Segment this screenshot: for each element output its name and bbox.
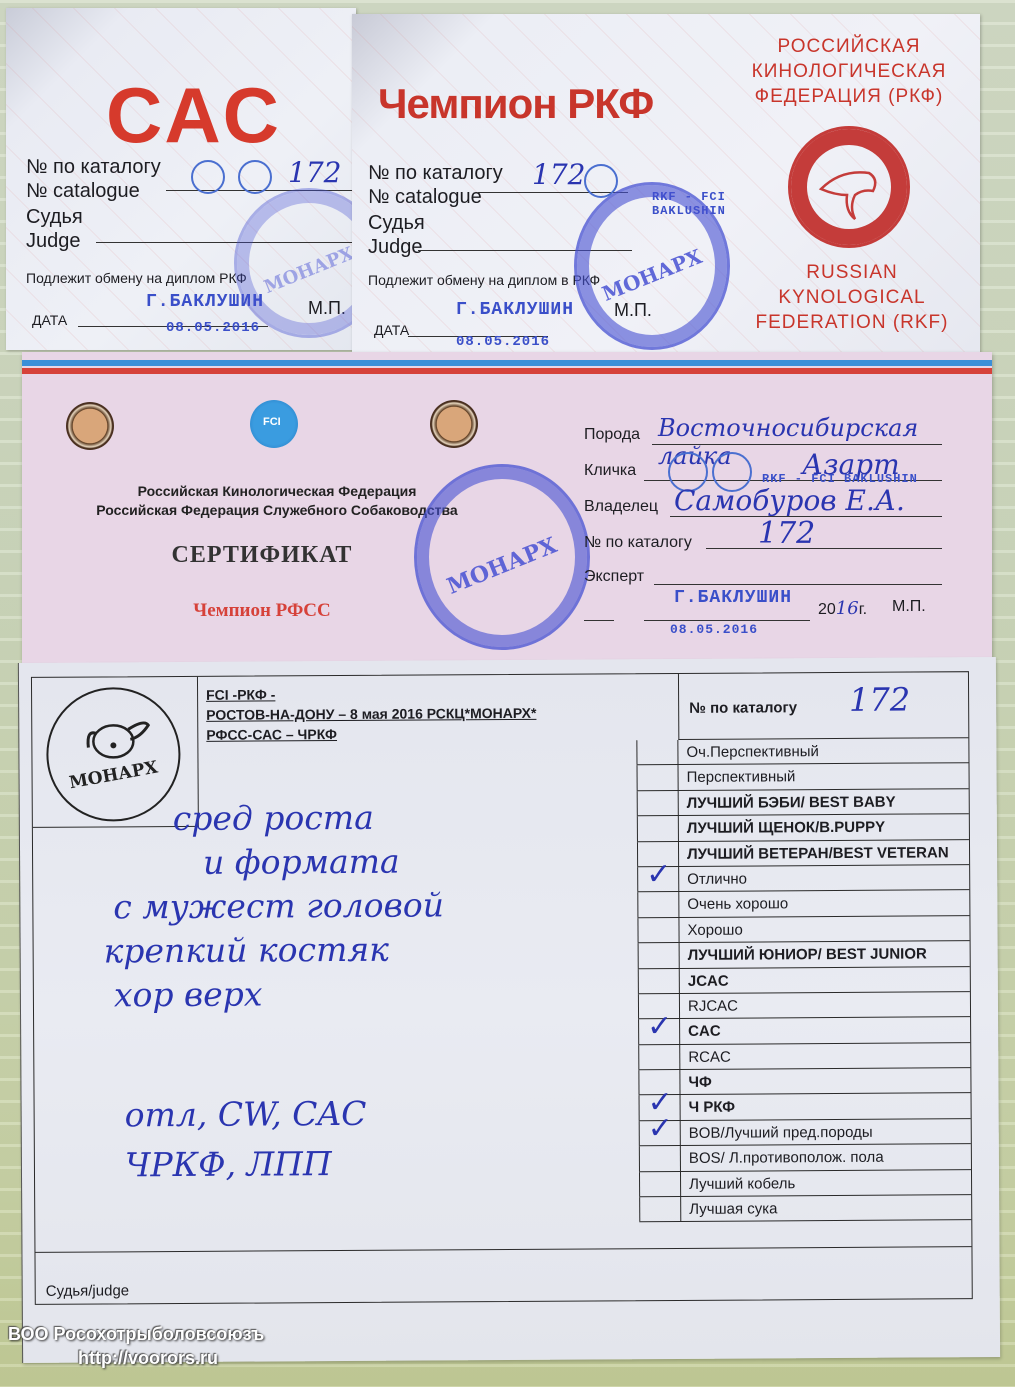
comment-line: крепкий костяк	[94, 926, 654, 973]
fci-stamp-icon	[191, 160, 225, 194]
catalog-number-handwritten: 172	[849, 681, 910, 719]
comment-line: отл, CW, CAC	[95, 1090, 655, 1137]
award-row: ЛУЧШИЙ ВЕТЕРАН/BEST VETERAN	[637, 840, 969, 867]
source-watermark: ВОО Росохотрыболовсоюзъ http://voorors.r…	[8, 1322, 264, 1370]
award-label: BOS/ Л.противополож. пола	[681, 1144, 971, 1170]
comment-line: ЧРКФ, ЛПП	[95, 1140, 655, 1187]
award-label: CAC	[680, 1017, 970, 1043]
flag-stripe-red	[22, 368, 992, 374]
certificate-title: СЕРТИФИКАТ	[132, 542, 392, 569]
award-row: RJCAC	[638, 992, 970, 1019]
owner-value: Самобуров Е.А.	[674, 484, 905, 517]
date-label: ДАТА	[374, 322, 409, 338]
award-label: Перспективный	[679, 764, 969, 790]
award-row: Перспективный	[637, 764, 969, 791]
champion-rkf-title: Чемпион РКФ	[378, 80, 653, 128]
catalog-label-en: № catalogue	[26, 180, 140, 203]
comment-line: хор верх	[94, 970, 654, 1017]
award-row: ЛУЧШИЙ БЭБИ/ BEST BABY	[637, 789, 969, 816]
award-label: JCAC	[680, 967, 970, 993]
expert-label: Эксперт	[584, 568, 644, 586]
award-label: ЛУЧШИЙ ВЕТЕРАН/BEST VETERAN	[679, 840, 969, 866]
rkf-borzoi-logo-icon	[430, 400, 478, 448]
award-row: ✓CAC	[638, 1017, 970, 1044]
award-label: Ч РКФ	[681, 1094, 971, 1120]
seal-place-label: М.П.	[892, 598, 926, 616]
date-stamp: 08.05.2016	[456, 334, 550, 350]
award-row: Оч.Перспективный	[636, 738, 968, 765]
award-checkbox[interactable]	[637, 765, 679, 790]
award-label: Лучшая сука	[681, 1195, 971, 1221]
sheet-frame: МОНАРХ FCI -РКФ - РОСТОВ-НА-ДОНУ – 8 мая…	[31, 671, 973, 1305]
comment-line: сред роста	[93, 794, 653, 841]
judge-label-en: Judge	[26, 230, 81, 253]
judge-comments: сред ростаи форматас мужест головойкрепк…	[93, 794, 655, 1187]
catalog-line	[706, 548, 942, 549]
rfss-shepherd-logo-icon	[66, 402, 114, 450]
judge-label-en: Judge	[368, 236, 423, 259]
judge-signature-row: Судья/judge	[35, 1246, 971, 1306]
date-label: ДАТА	[32, 312, 67, 328]
comment-line: с мужест головой	[93, 882, 653, 929]
award-label: Оч.Перспективный	[678, 738, 968, 764]
expert-line	[654, 584, 942, 585]
award-label: Лучший кобель	[681, 1170, 971, 1196]
comment-line: и формата	[93, 838, 653, 885]
date-stamp: 08.05.2016	[166, 320, 260, 336]
judge-label-ru: Судья	[26, 206, 83, 229]
award-row: Лучший кобель	[639, 1170, 971, 1197]
award-row: ✓BOB/Лучший пред.породы	[639, 1119, 971, 1146]
catalog-label-ru: № по каталогу	[368, 162, 503, 185]
catalog-number-cell: № по каталогу 172	[678, 672, 968, 740]
rkf-org-name-ru: РОССИЙСКАЯ КИНОЛОГИЧЕСКАЯ ФЕДЕРАЦИЯ (РКФ…	[734, 34, 964, 109]
award-row: ЛУЧШИЙ ЮНИОР/ BEST JUNIOR	[638, 941, 970, 968]
cac-title: CAC	[106, 70, 281, 161]
certificate-subtitle: Чемпион РФСС	[152, 600, 372, 622]
month-line	[644, 620, 810, 621]
catalog-label: № по каталогу	[584, 534, 692, 552]
award-label: RJCAC	[680, 992, 970, 1018]
day-line	[584, 620, 614, 621]
flag-stripe-blue	[22, 360, 992, 366]
catalog-number-handwritten: 172	[758, 516, 815, 551]
catalog-label: № по каталогу	[689, 699, 797, 717]
exchange-note: Подлежит обмену на диплом в РКФ	[368, 272, 600, 288]
rkf-stamp-icon	[238, 160, 272, 194]
award-row: Лучшая сука	[639, 1195, 971, 1222]
catalog-label-ru: № по каталогу	[26, 156, 161, 179]
award-label: ЧФ	[680, 1068, 970, 1094]
award-label: ЛУЧШИЙ БЭБИ/ BEST BABY	[679, 789, 969, 815]
catalog-number-handwritten: 172	[532, 158, 585, 191]
award-checkbox[interactable]	[636, 740, 678, 765]
award-checkbox[interactable]	[639, 1197, 681, 1222]
exchange-note: Подлежит обмену на диплом РКФ	[26, 270, 247, 286]
judging-sheet: МОНАРХ FCI -РКФ - РОСТОВ-НА-ДОНУ – 8 мая…	[18, 657, 1000, 1363]
award-label: Отлично	[679, 865, 969, 891]
award-label: ЛУЧШИЙ ЩЕНОК/B.PUPPY	[679, 814, 969, 840]
award-label: RCAC	[680, 1043, 970, 1069]
award-row: RCAC	[638, 1043, 970, 1070]
source-url-link[interactable]: http://voorors.ru	[8, 1346, 264, 1370]
rfss-certificate: FCI Российская Кинологическая Федерация …	[22, 352, 992, 670]
award-label: Очень хорошо	[679, 891, 969, 917]
judge-label: Судья/judge	[46, 1282, 130, 1300]
award-row: ЧФ	[638, 1068, 970, 1095]
source-org-name: ВОО Росохотрыболовсоюзъ	[8, 1322, 264, 1346]
cac-card: CAC № по каталогу № catalogue 172 Судья …	[6, 8, 356, 350]
breed-label: Порода	[584, 426, 640, 444]
owner-label: Владелец	[584, 498, 658, 516]
monarch-seal-icon: МОНАРХ	[574, 182, 730, 350]
award-label: Хорошо	[679, 916, 969, 942]
comment-line	[94, 1014, 654, 1087]
award-row: Очень хорошо	[637, 891, 969, 918]
name-label: Кличка	[584, 462, 636, 480]
judge-label-ru: Судья	[368, 212, 425, 235]
show-header: FCI -РКФ - РОСТОВ-НА-ДОНУ – 8 мая 2016 Р…	[206, 683, 537, 745]
rkf-org-name-en: RUSSIAN KYNOLOGICAL FEDERATION (RKF)	[732, 260, 972, 335]
award-row: ✓Ч РКФ	[639, 1094, 971, 1121]
date-stamp: 08.05.2016	[670, 622, 758, 637]
award-row: JCAC	[638, 967, 970, 994]
rkf-borzoi-seal-icon	[788, 126, 910, 248]
award-label: BOB/Лучший пред.породы	[681, 1119, 971, 1145]
year-field: 2016г.	[818, 598, 867, 619]
catalog-label-en: № catalogue	[368, 186, 482, 209]
fci-globe-logo-icon: FCI	[250, 400, 298, 448]
monarch-seal-icon: МОНАРХ	[414, 464, 590, 650]
judge-name-stamp: Г.БАКЛУШИН	[674, 588, 792, 608]
award-label: ЛУЧШИЙ ЮНИОР/ BEST JUNIOR	[680, 941, 970, 967]
champion-rkf-card: Чемпион РКФ РОССИЙСКАЯ КИНОЛОГИЧЕСКАЯ ФЕ…	[352, 14, 980, 354]
award-row: Хорошо	[637, 916, 969, 943]
award-row: ✓Отлично	[637, 865, 969, 892]
catalog-number-handwritten: 172	[288, 156, 341, 189]
award-row: BOS/ Л.противополож. пола	[639, 1144, 971, 1171]
judge-name-stamp: Г.БАКЛУШИН	[456, 300, 574, 320]
award-row: ЛУЧШИЙ ЩЕНОК/B.PUPPY	[637, 814, 969, 841]
awards-checklist: Оч.ПерспективныйПерспективныйЛУЧШИЙ БЭБИ…	[636, 738, 971, 1222]
